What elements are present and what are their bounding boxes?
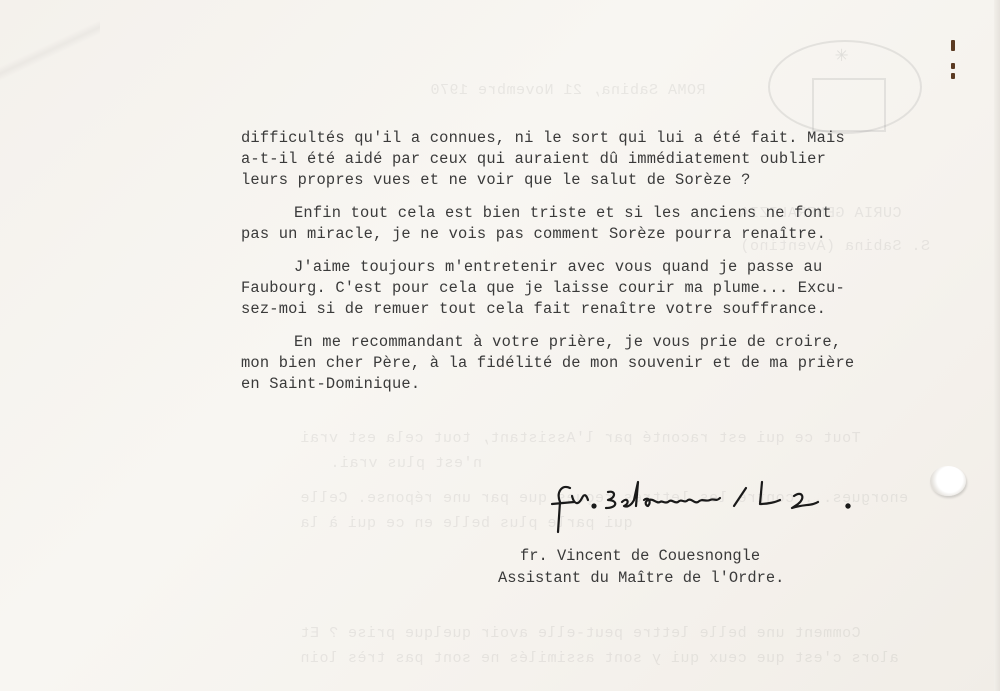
text-line: en Saint-Dominique. — [241, 374, 854, 395]
text-line: leurs propres vues et ne voir que le sal… — [241, 170, 854, 191]
text-line: En me recommandant à votre prière, je vo… — [241, 332, 854, 353]
show-through-text: n'est plus vrai. — [330, 455, 482, 472]
handwritten-signature — [548, 468, 918, 538]
text-line: Enfin tout cela est bien triste et si le… — [241, 203, 854, 224]
punch-hole — [930, 466, 966, 496]
paragraph: Enfin tout cela est bien triste et si le… — [241, 203, 854, 245]
text-line: Faubourg. C'est pour cela que je laisse … — [241, 278, 854, 299]
show-through-text: Comment une belle lettre peut-elle avoir… — [300, 625, 861, 642]
seal-star-icon: ✳ — [835, 42, 848, 68]
staple-mark — [951, 73, 955, 79]
signatory-name: fr. Vincent de Couesnongle — [498, 545, 784, 567]
show-through-text: ROMA Sabina, 21 Novembre 1970 — [430, 82, 706, 99]
paper-edge — [994, 0, 1000, 691]
paragraph: En me recommandant à votre prière, je vo… — [241, 332, 854, 395]
letter-page: ROMA Sabina, 21 Novembre 1970 CURIA GENE… — [0, 0, 1000, 691]
text-line: mon bien cher Père, à la fidélité de mon… — [241, 353, 854, 374]
paragraph: difficultés qu'il a connues, ni le sort … — [241, 128, 854, 191]
staple-mark — [951, 63, 955, 69]
signatory-title: Assistant du Maître de l'Ordre. — [498, 567, 784, 589]
letter-body: difficultés qu'il a connues, ni le sort … — [241, 128, 854, 407]
text-line: sez-moi si de remuer tout cela fait rena… — [241, 299, 854, 320]
paragraph: J'aime toujours m'entretenir avec vous q… — [241, 257, 854, 320]
seal-shield-icon — [812, 78, 886, 132]
text-line: pas un miracle, je ne vois pas comment S… — [241, 224, 854, 245]
text-line: J'aime toujours m'entretenir avec vous q… — [241, 257, 854, 278]
show-through-text: Tout ce qui est raconté par l'Assistant,… — [300, 430, 861, 447]
paper-crease — [0, 10, 100, 100]
text-line: difficultés qu'il a connues, ni le sort … — [241, 128, 854, 149]
text-line: a-t-il été aidé par ceux qui auraient dû… — [241, 149, 854, 170]
signature-block: fr. Vincent de Couesnongle Assistant du … — [498, 545, 784, 589]
show-through-text: alors c'est que ceux qui y sont assimilé… — [300, 650, 899, 667]
staple-mark — [951, 40, 955, 51]
